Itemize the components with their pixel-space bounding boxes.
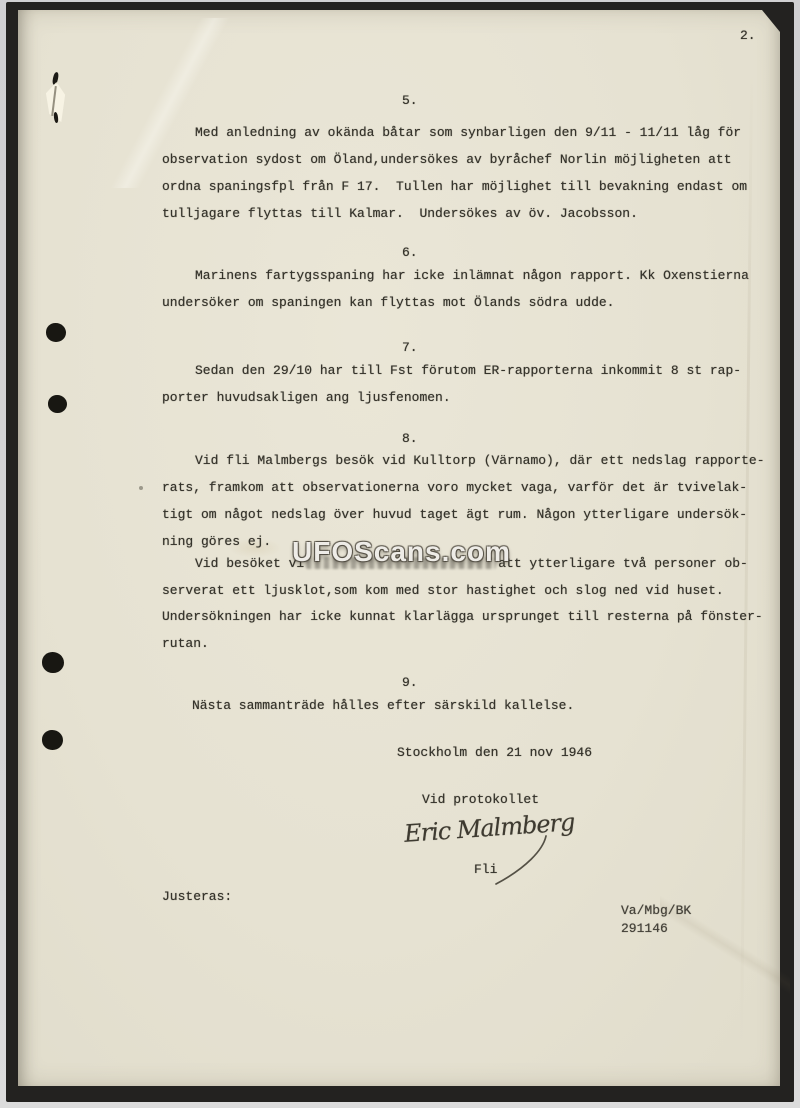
punch-hole-3 — [42, 652, 64, 673]
document-line: rutan. — [162, 636, 209, 652]
document-line: tulljagare flyttas till Kalmar. Undersök… — [162, 206, 638, 222]
punch-hole-1 — [46, 323, 66, 342]
section-number-8: 8. — [402, 431, 418, 447]
document-line: tigt om något nedslag över huvud taget ä… — [162, 507, 747, 523]
line-fragment-after-watermark: att ytterligare två personer ob- — [498, 556, 748, 571]
justeras-label: Justeras: — [162, 889, 232, 905]
document-line: Marinens fartygsspaning har icke inlämna… — [195, 268, 749, 284]
document-line: Med anledning av okända båtar som synbar… — [195, 125, 741, 141]
reference-stamp-line2: 291146 — [621, 921, 668, 937]
page-number: 2. — [740, 28, 756, 44]
line-fragment-before-watermark: Vid besöket vi — [195, 556, 304, 571]
punch-hole-2 — [48, 395, 67, 413]
signer-title: Fli — [474, 862, 497, 878]
section-number-9: 9. — [402, 675, 418, 691]
document-line: ning göres ej. — [162, 534, 271, 550]
section-number-7: 7. — [402, 340, 418, 356]
place-date-line: Stockholm den 21 nov 1946 — [397, 745, 592, 761]
document-line: ordna spaningsfpl från F 17. Tullen har … — [162, 179, 747, 195]
section-number-6: 6. — [402, 245, 418, 261]
ink-speck — [139, 486, 143, 490]
protocol-label: Vid protokollet — [422, 792, 539, 808]
document-line: Undersökningen har icke kunnat klarlägga… — [162, 609, 763, 625]
document-line: Nästa sammanträde hålles efter särskild … — [192, 698, 574, 714]
document-line: Vid fli Malmbergs besök vid Kulltorp (Vä… — [195, 453, 765, 469]
document-line: Sedan den 29/10 har till Fst förutom ER-… — [195, 363, 741, 379]
scanned-document: 2. 5. Med anledning av okända båtar som … — [0, 0, 800, 1108]
document-line: undersöker om spaningen kan flyttas mot … — [162, 295, 614, 311]
watermark-text: UFOScans.com — [292, 536, 511, 568]
reference-stamp-line1: Va/Mbg/BK — [621, 903, 691, 919]
document-line: rats, framkom att observationerna voro m… — [162, 480, 747, 496]
punch-hole-4 — [42, 730, 63, 750]
document-line: serverat ett ljusklot,som kom med stor h… — [162, 583, 724, 599]
section-number-5: 5. — [402, 93, 418, 109]
document-line: observation sydost om Öland,undersökes a… — [162, 152, 732, 168]
signature-flourish-stroke — [480, 828, 560, 890]
document-line: porter huvudsakligen ang ljusfenomen. — [162, 390, 451, 406]
